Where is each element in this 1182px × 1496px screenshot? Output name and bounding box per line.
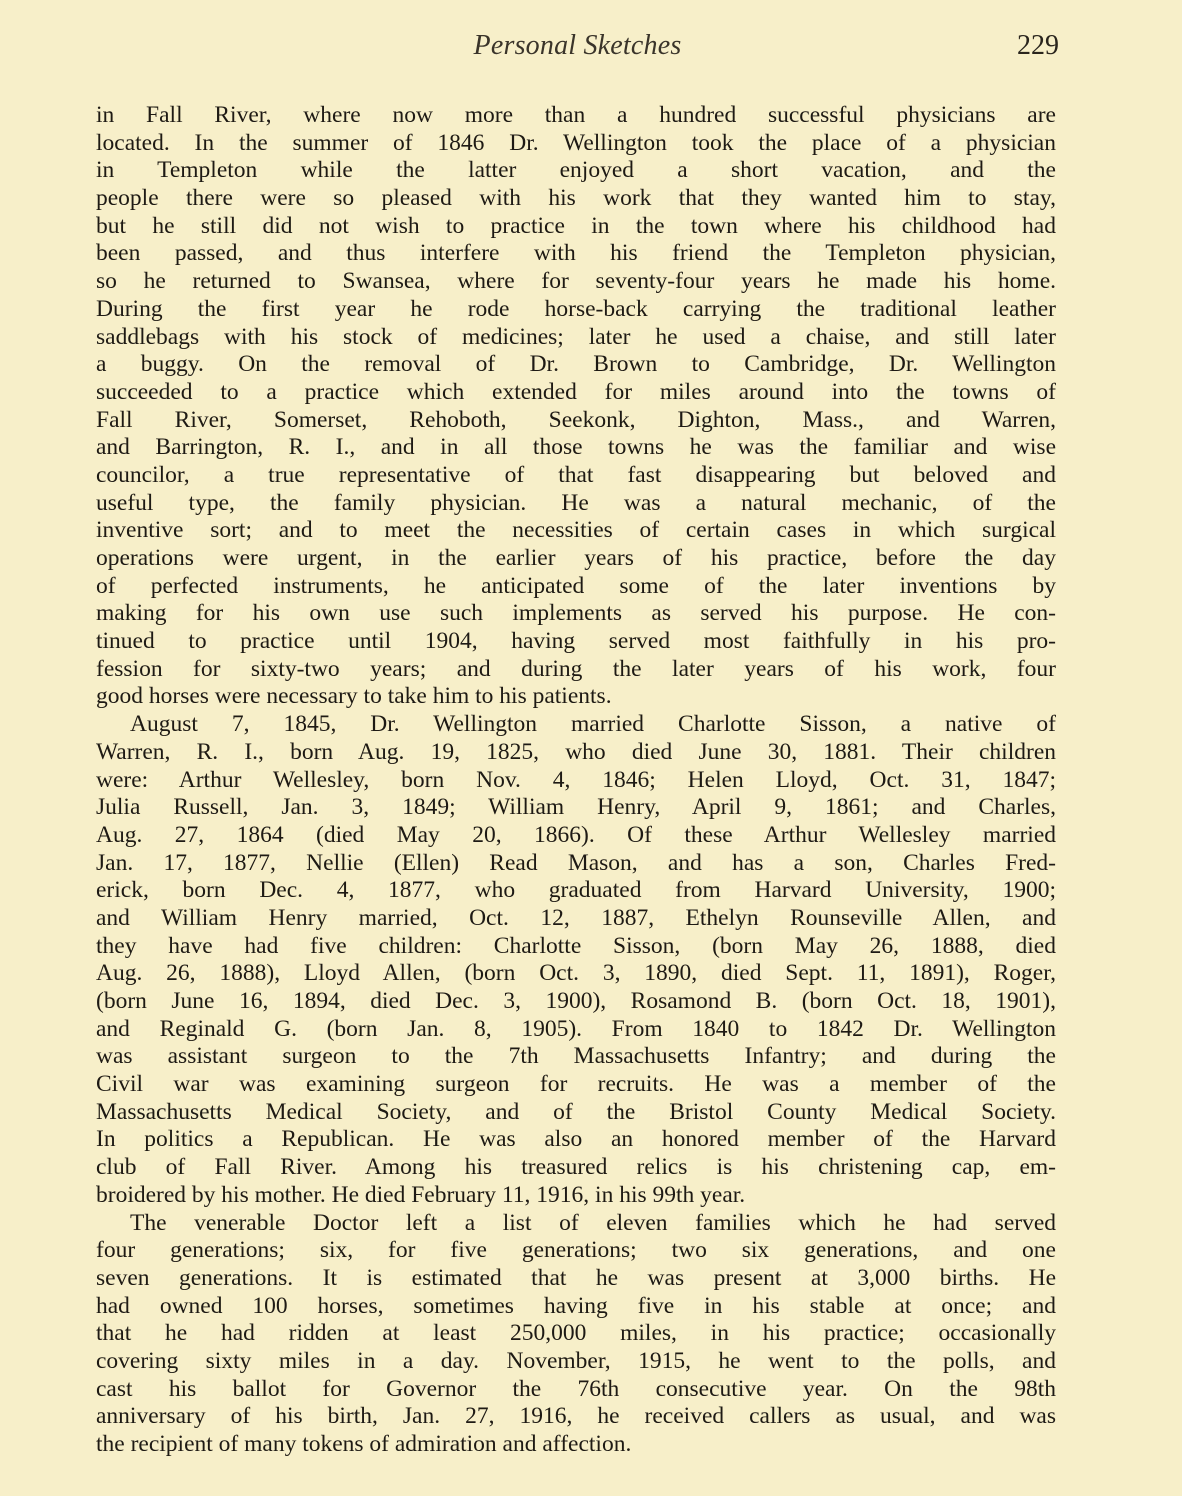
text-line: in Templeton while the latter enjoyed a …: [96, 157, 1056, 185]
text-line: a buggy. On the removal of Dr. Brown to …: [96, 351, 1056, 379]
text-line: located. In the summer of 1846 Dr. Welli…: [96, 130, 1056, 158]
text-line: erick, born Dec. 4, 1877, who graduated …: [96, 877, 1056, 905]
page-number: 229: [1017, 30, 1059, 62]
text-line: cast his ballot for Governor the 76th co…: [96, 1376, 1056, 1404]
text-line: Civil war was examining surgeon for recr…: [96, 1071, 1056, 1099]
text-line: so he returned to Swansea, where for sev…: [96, 268, 1056, 296]
paragraph-2: August 7, 1845, Dr. Wellington married C…: [96, 711, 1056, 1209]
paragraph-1: in Fall River, where now more than a hun…: [96, 102, 1056, 711]
text-line: anniversary of his birth, Jan. 27, 1916,…: [96, 1403, 1056, 1431]
text-line: inventive sort; and to meet the necessit…: [96, 517, 1056, 545]
text-line: (born June 16, 1894, died Dec. 3, 1900),…: [96, 988, 1056, 1016]
text-line: and Reginald G. (born Jan. 8, 1905). Fro…: [96, 1016, 1056, 1044]
text-line: Warren, R. I., born Aug. 19, 1825, who d…: [96, 739, 1056, 767]
text-line: the recipient of many tokens of admirati…: [96, 1431, 1056, 1459]
text-line: tinued to practice until 1904, having se…: [96, 628, 1056, 656]
text-line: The venerable Doctor left a list of elev…: [96, 1210, 1056, 1238]
text-line: councilor, a true representative of that…: [96, 462, 1056, 490]
text-line: four generations; six, for five generati…: [96, 1237, 1056, 1265]
text-line: fession for sixty-two years; and during …: [96, 656, 1056, 684]
page-header: Personal Sketches 229: [96, 30, 1059, 74]
text-line: but he still did not wish to practice in…: [96, 213, 1056, 241]
text-line: seven generations. It is estimated that …: [96, 1265, 1056, 1293]
text-line: In politics a Republican. He was also an…: [96, 1126, 1056, 1154]
running-title: Personal Sketches: [96, 30, 1059, 62]
text-line: in Fall River, where now more than a hun…: [96, 102, 1056, 130]
text-line: useful type, the family physician. He wa…: [96, 490, 1056, 518]
text-line: During the first year he rode horse-back…: [96, 296, 1056, 324]
text-line: they have had five children: Charlotte S…: [96, 933, 1056, 961]
text-line: broidered by his mother. He died Februar…: [96, 1182, 1056, 1210]
text-line: covering sixty miles in a day. November,…: [96, 1348, 1056, 1376]
text-line: Aug. 27, 1864 (died May 20, 1866). Of th…: [96, 822, 1056, 850]
text-line: Julia Russell, Jan. 3, 1849; William Hen…: [96, 794, 1056, 822]
text-line: operations were urgent, in the earlier y…: [96, 545, 1056, 573]
text-line: was assistant surgeon to the 7th Massach…: [96, 1043, 1056, 1071]
text-line: Aug. 26, 1888), Lloyd Allen, (born Oct. …: [96, 960, 1056, 988]
text-line: making for his own use such implements a…: [96, 600, 1056, 628]
text-line: good horses were necessary to take him t…: [96, 683, 1056, 711]
text-line: succeeded to a practice which extended f…: [96, 379, 1056, 407]
paragraph-3: The venerable Doctor left a list of elev…: [96, 1210, 1056, 1459]
text-line: club of Fall River. Among his treasured …: [96, 1154, 1056, 1182]
text-line: and William Henry married, Oct. 12, 1887…: [96, 905, 1056, 933]
text-line: August 7, 1845, Dr. Wellington married C…: [96, 711, 1056, 739]
text-line: saddlebags with his stock of medicines; …: [96, 324, 1056, 352]
text-line: Fall River, Somerset, Rehoboth, Seekonk,…: [96, 407, 1056, 435]
text-line: Jan. 17, 1877, Nellie (Ellen) Read Mason…: [96, 850, 1056, 878]
text-line: people there were so pleased with his wo…: [96, 185, 1056, 213]
text-line: had owned 100 horses, sometimes having f…: [96, 1293, 1056, 1321]
text-line: Massachusetts Medical Society, and of th…: [96, 1099, 1056, 1127]
text-line: of perfected instruments, he anticipated…: [96, 573, 1056, 601]
text-line: and Barrington, R. I., and in all those …: [96, 434, 1056, 462]
book-page: Personal Sketches 229 in Fall River, whe…: [0, 0, 1182, 1496]
body-text: in Fall River, where now more than a hun…: [96, 102, 1056, 1459]
text-line: that he had ridden at least 250,000 mile…: [96, 1320, 1056, 1348]
text-line: been passed, and thus interfere with his…: [96, 240, 1056, 268]
text-line: were: Arthur Wellesley, born Nov. 4, 184…: [96, 767, 1056, 795]
